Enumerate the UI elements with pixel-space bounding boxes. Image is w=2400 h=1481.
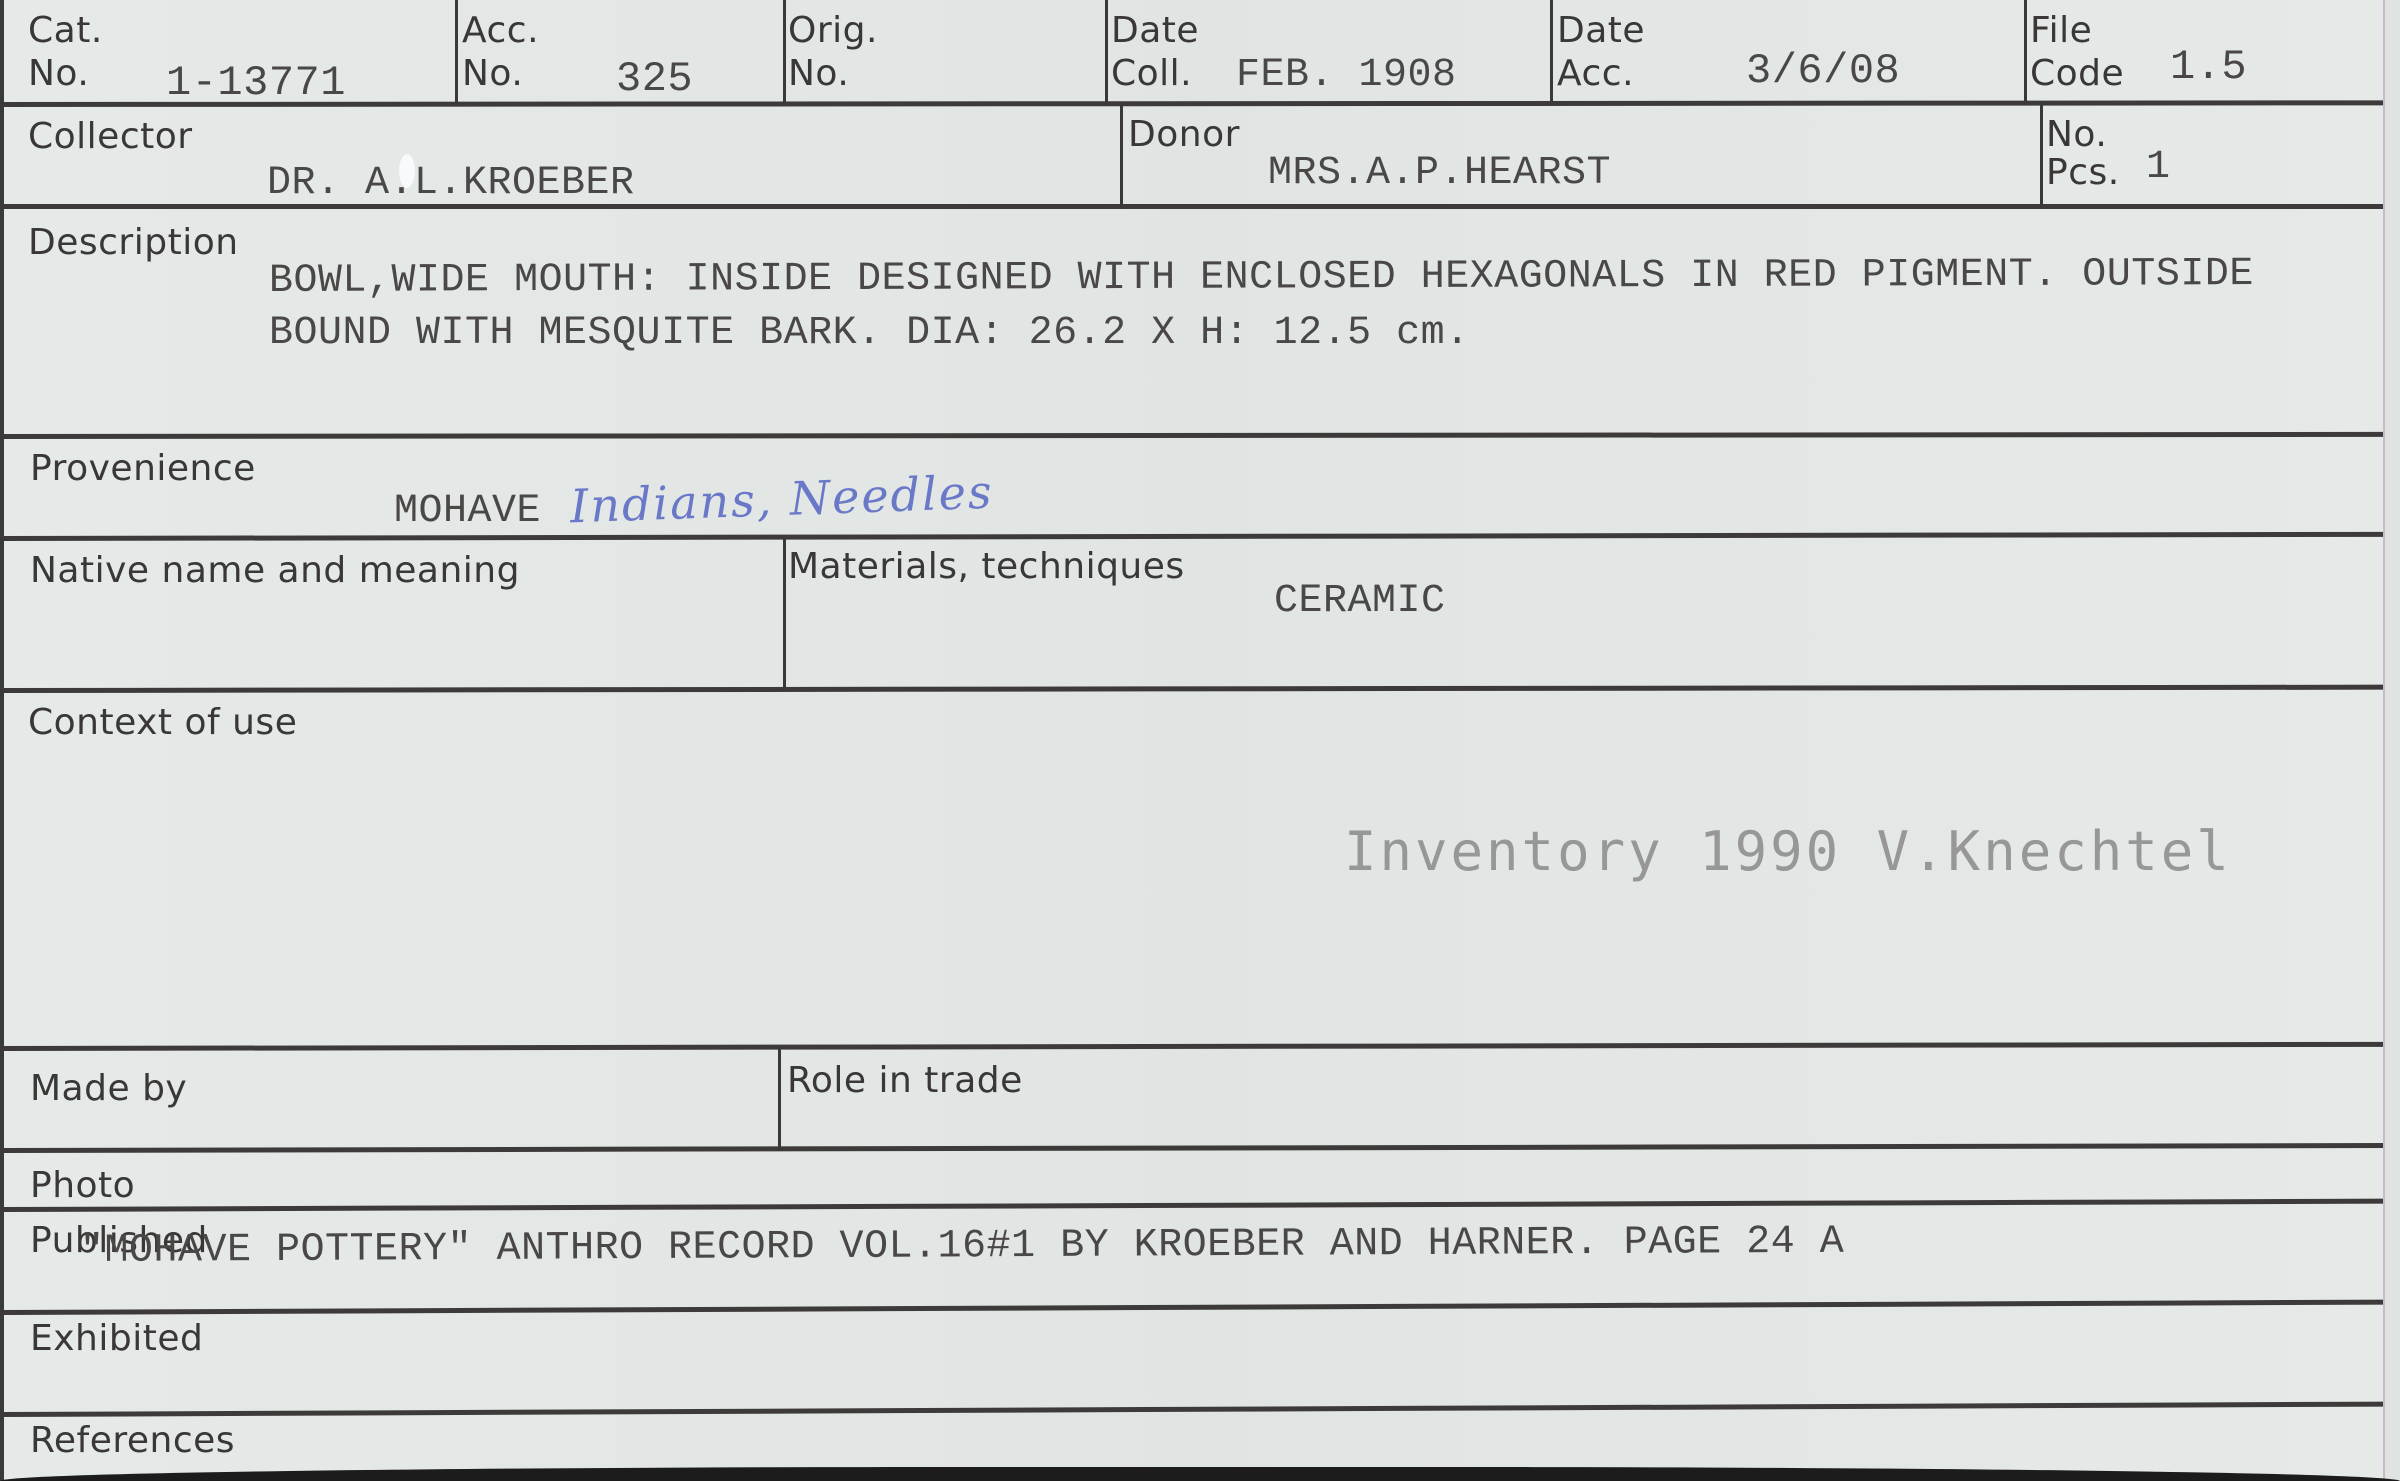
divider-native-materials (783, 538, 786, 690)
date-coll-label-2: Coll. (1111, 53, 1192, 94)
collector-label: Collector (28, 116, 193, 157)
divider-donor-pcs (2040, 104, 2043, 206)
date-acc-label-2: Acc. (1557, 53, 1634, 94)
paper-blemish (399, 154, 415, 188)
date-acc-value: 3/6/08 (1746, 50, 1900, 92)
rule-under-exhibited (4, 1402, 2389, 1417)
date-coll-label-1: Date (1111, 10, 1199, 51)
donor-value: MRS.A.P.HEARST (1268, 154, 1611, 194)
cat-no-label-1: Cat. (28, 10, 103, 51)
date-coll-value: FEB. 1908 (1236, 56, 1457, 96)
divider-madeby-role (778, 1048, 781, 1150)
date-acc-label-1: Date (1557, 10, 1645, 51)
file-code-label-1: File (2030, 10, 2092, 51)
rule-under-header (4, 100, 2389, 107)
file-code-value: 1.5 (2170, 46, 2247, 88)
provenience-label: Provenience (30, 448, 256, 489)
acc-no-value: 325 (616, 58, 693, 100)
role-in-trade-label: Role in trade (787, 1060, 1023, 1101)
rule-under-made-by (4, 1143, 2389, 1153)
rule-under-provenience (4, 532, 2389, 541)
materials-label: Materials, techniques (788, 546, 1185, 587)
divider-collector-donor (1120, 104, 1123, 206)
rule-under-photo (4, 1199, 2389, 1212)
materials-value: CERAMIC (1274, 582, 1446, 622)
rule-under-materials (4, 685, 2389, 693)
file-code-label-2: Code (2030, 53, 2124, 94)
context-of-use-label: Context of use (28, 702, 297, 743)
divider-dateacc-filecode (2024, 0, 2027, 104)
orig-no-label-1: Orig. (788, 10, 878, 51)
description-line-1: BOWL,WIDE MOUTH: INSIDE DESIGNED WITH EN… (269, 255, 2254, 302)
orig-no-label-2: No. (788, 53, 849, 94)
native-name-label: Native name and meaning (30, 550, 520, 591)
photo-label: Photo (30, 1165, 135, 1206)
no-pcs-value: 1 (2146, 148, 2171, 188)
rule-under-context (4, 1042, 2389, 1051)
no-pcs-label-2: Pcs. (2046, 152, 2120, 193)
scan-shadow (0, 1467, 2400, 1481)
description-label: Description (28, 222, 239, 263)
provenience-handwritten-value: Indians, Needles (569, 465, 994, 534)
divider-orig-datecoll (1105, 0, 1108, 104)
cat-no-value: 1-13771 (166, 62, 346, 104)
provenience-typed-value: MOHAVE (394, 492, 541, 532)
collector-value: DR. A.L.KROEBER (267, 164, 635, 204)
rule-under-description (4, 432, 2389, 439)
acc-no-label-2: No. (462, 53, 523, 94)
divider-cat-acc (455, 0, 458, 104)
donor-label: Donor (1128, 114, 1240, 155)
catalog-card: Cat. No. 1-13771 Acc. No. 325 Orig. No. … (0, 0, 2389, 1481)
divider-datecoll-dateacc (1550, 0, 1553, 104)
card-edge (2383, 0, 2400, 1481)
divider-acc-orig (783, 0, 786, 104)
description-line-2: BOUND WITH MESQUITE BARK. DIA: 26.2 X H:… (269, 314, 1470, 354)
cat-no-label-2: No. (28, 53, 89, 94)
references-label: References (30, 1420, 235, 1461)
no-pcs-label-1: No. (2046, 114, 2107, 155)
rule-under-published (4, 1300, 2389, 1315)
published-value: "MOHAVE POTTERY" ANTHRO RECORD VOL.16#1 … (80, 1223, 1844, 1272)
inventory-stamp: Inventory 1990 V.Knechtel (1344, 820, 2232, 883)
made-by-label: Made by (30, 1068, 187, 1109)
acc-no-label-1: Acc. (462, 10, 539, 51)
exhibited-label: Exhibited (30, 1318, 203, 1359)
